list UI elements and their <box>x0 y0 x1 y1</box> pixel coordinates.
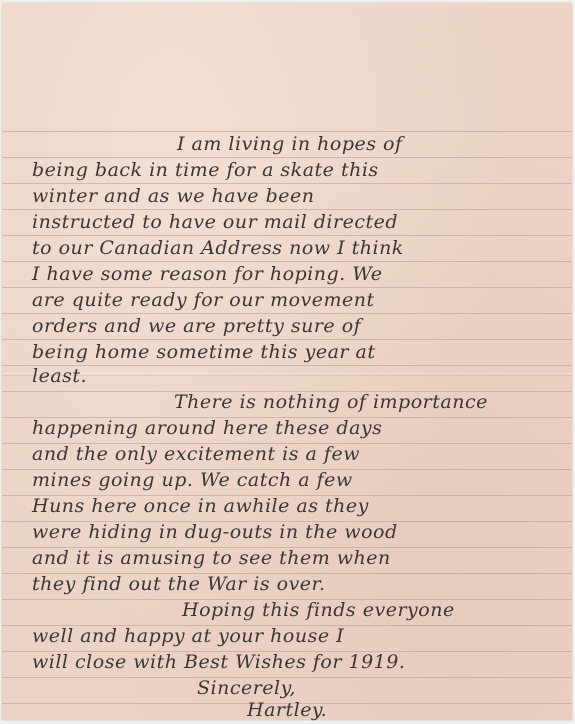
letter-line: winter and as we have been <box>32 185 554 207</box>
letter-line: Huns here once in awhile as they <box>32 495 554 517</box>
letter-line: least. <box>32 365 554 387</box>
letter-line: I am living in hopes of <box>177 133 554 155</box>
ruled-line <box>2 209 572 210</box>
letter-line: they find out the War is over. <box>32 573 554 595</box>
letter-line: and the only excitement is a few <box>32 443 554 465</box>
letter-line: orders and we are pretty sure of <box>32 315 554 337</box>
ruled-line <box>2 157 572 158</box>
ruled-line <box>2 235 572 236</box>
signature: Hartley. <box>247 699 554 721</box>
ruled-line <box>2 131 572 132</box>
letter-line: to our Canadian Address now I think <box>32 237 554 259</box>
ruled-line <box>2 339 572 340</box>
letter-line: are quite ready for our movement <box>32 289 554 311</box>
ruled-line <box>2 183 572 184</box>
closing-salutation: Sincerely, <box>197 677 554 699</box>
letter-line: well and happy at your house I <box>32 625 554 647</box>
ruled-line <box>2 287 572 288</box>
letter-page: I am living in hopes of being back in ti… <box>2 3 572 720</box>
ruled-line <box>2 313 572 314</box>
letter-line: will close with Best Wishes for 1919. <box>32 651 554 673</box>
ruled-line <box>2 261 572 262</box>
letter-line: and it is amusing to see them when <box>32 547 554 569</box>
letter-line: There is nothing of importance <box>174 391 554 413</box>
letter-line: I have some reason for hoping. We <box>32 263 554 285</box>
letter-line: Hoping this finds everyone <box>182 599 554 621</box>
letter-line: being home sometime this year at <box>32 341 554 363</box>
letter-line: instructed to have our mail directed <box>32 211 554 233</box>
letter-line: happening around here these days <box>32 417 554 439</box>
letter-line: being back in time for a skate this <box>32 159 554 181</box>
letter-line: were hiding in dug-outs in the wood <box>32 521 554 543</box>
letter-line: mines going up. We catch a few <box>32 469 554 491</box>
